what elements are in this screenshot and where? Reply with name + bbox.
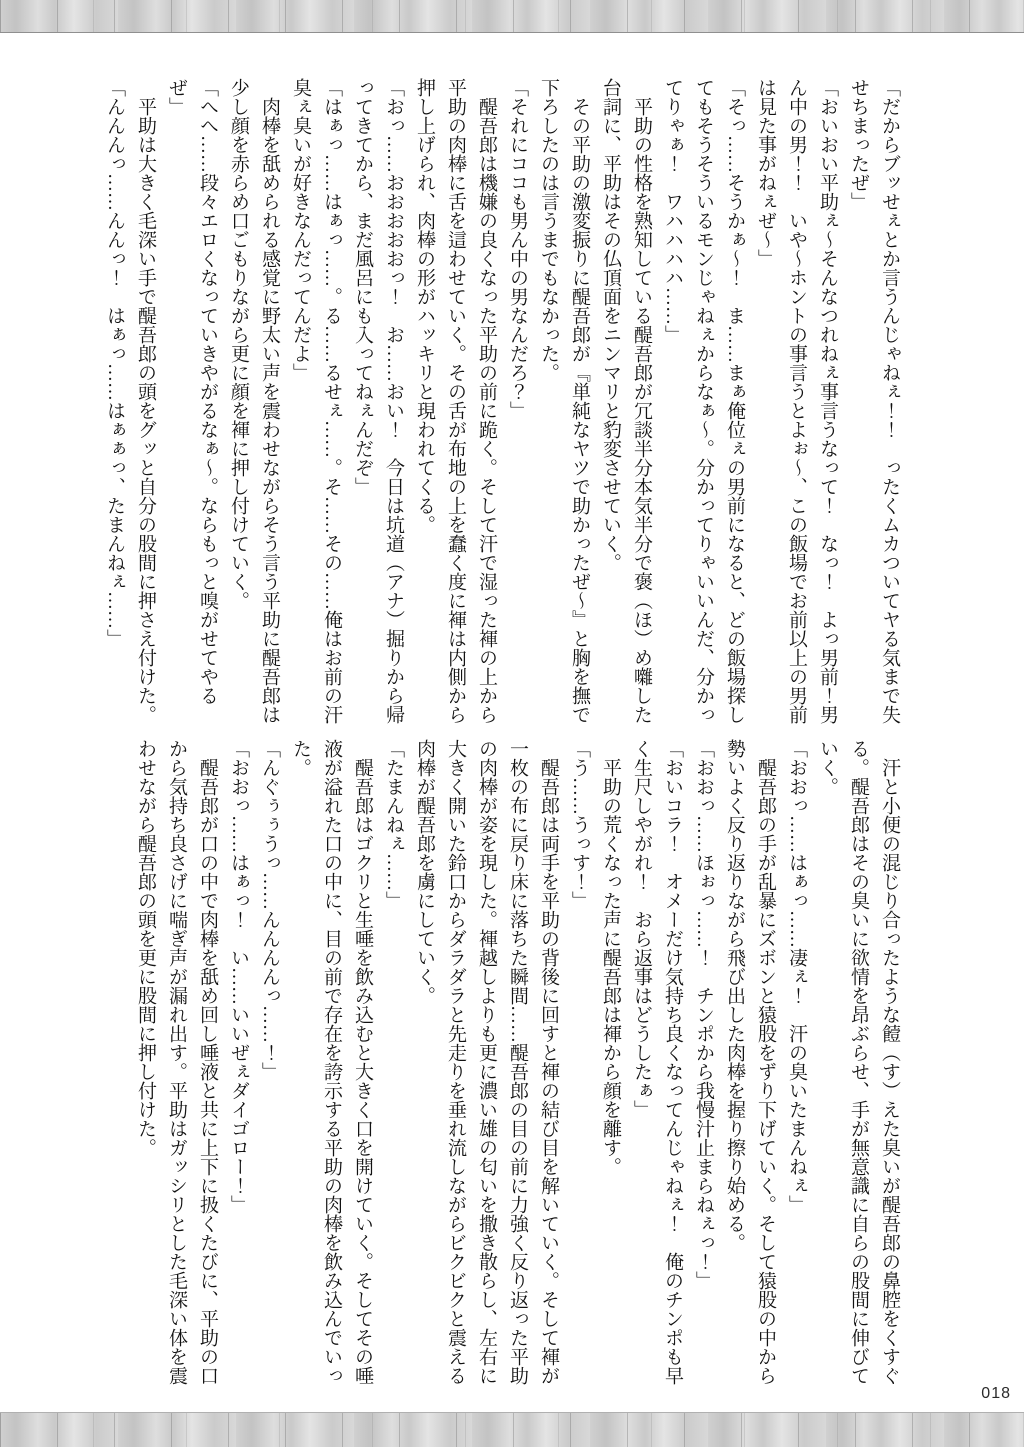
paragraph: 「たまんねぇ……」 (378, 739, 409, 1387)
paragraph: 醍吾郎は機嫌の良くなった平助の前に跪く。そして汗で湿った褌の上から平助の肉棒に舌… (409, 78, 502, 726)
paragraph: 平助の性格を熟知している醍吾郎が冗談半分本気半分で褒（ほ）め囃した台詞に、平助は… (595, 78, 657, 726)
paragraph: 「おおっ……ほぉっ……！ チンポから我慢汁止まらねぇっ！」 (688, 739, 719, 1387)
paragraph: 「だからブッせぇとか言うんじゃねぇ！！ ったくムカついてヤる気まで失せちまったぜ… (843, 78, 905, 726)
paragraph: 平助は大きく毛深い手で醍吾郎の頭をグッと自分の股間に押さえ付けた。 (130, 78, 161, 726)
paragraph: 醍吾郎が口の中で肉棒を舐め回し唾液と共に上下に扱くたびに、平助の口から気持ち良さ… (130, 739, 223, 1387)
paragraph: 「そっ……そうかぁ～！ ま……まぁ俺位ぇの男前になると、どの飯場探してもそうそう… (657, 78, 750, 726)
paragraph: その平助の激変振りに醍吾郎が『単純なヤツで助かったぜ～』と胸を撫で下ろしたのは言… (533, 78, 595, 726)
paragraph: 醍吾郎は両手を平助の背後に回すと褌の結び目を解いていく。そして褌が一枚の布に戻り… (409, 739, 564, 1387)
paragraph: 「おっ……おおおおおっ！ お……おい！ 今日は坑道（アナ）掘りから帰ってきてから… (347, 78, 409, 726)
paragraph: 「んぐぅぅうっ……んんんんっ……！」 (254, 739, 285, 1387)
paragraph: 「おいコラ！ オメーだけ気持ち良くなってんじゃねぇ！ 俺のチンポも早く生尺しやが… (626, 739, 688, 1387)
paragraph: 醍吾郎はゴクリと生唾を飲み込むと大きく口を開けていく。そしてその唾液が溢れた口の… (285, 739, 378, 1387)
paragraph: 「おいおい平助ぇ～そんなつれねぇ事言うなって！ なっ！ よっ男前！男ん中の男！！… (750, 78, 843, 726)
top-decorative-border (0, 0, 1024, 33)
paragraph: 「んんんっ……んんっ！ はぁっ……はぁぁっ、たまんねぇ……」 (99, 78, 130, 726)
paragraph: 「おおっ……はぁっ……凄ぇ！ 汗の臭いたまんねぇ」 (781, 739, 812, 1387)
paragraph: 肉棒を舐められる感覚に野太い声を震わせながらそう言う平助に醍吾郎は少し顔を赤らめ… (223, 78, 285, 726)
paragraph: 「それにココも男ん中の男なんだろ？」 (502, 78, 533, 726)
bottom-text-block: 汗と小便の混じり合ったような饐（す）えた臭いが醍吾郎の鼻腔をくすぐる。醍吾郎はそ… (130, 739, 905, 1387)
top-text-block: 「だからブッせぇとか言うんじゃねぇ！！ ったくムカついてヤる気まで失せちまったぜ… (99, 78, 905, 726)
paragraph: 「う……うっす！」 (564, 739, 595, 1387)
paragraph: 「はぁっ……はぁっ……。る……るせぇ……。そ……その……俺はお前の汗臭ぇ臭いが好… (285, 78, 347, 726)
page-number: 018 (981, 1385, 1011, 1403)
paragraph: 「へへ……段々エロくなっていきやがるなぁ～。ならもっと嗅がせてやるぜ」 (161, 78, 223, 726)
bottom-decorative-border (0, 1412, 1024, 1447)
paragraph: 汗と小便の混じり合ったような饐（す）えた臭いが醍吾郎の鼻腔をくすぐる。醍吾郎はそ… (812, 739, 905, 1387)
document-page: 「だからブッせぇとか言うんじゃねぇ！！ ったくムカついてヤる気まで失せちまったぜ… (0, 0, 1024, 1447)
paragraph: 「おおっ……はぁっ！ い……いいぜぇダイゴロー！」 (223, 739, 254, 1387)
paragraph: 平助の荒くなった声に醍吾郎は褌から顔を離す。 (595, 739, 626, 1387)
paragraph: 醍吾郎の手が乱暴にズボンと猿股をずり下げていく。そして猿股の中から勢いよく反り返… (719, 739, 781, 1387)
